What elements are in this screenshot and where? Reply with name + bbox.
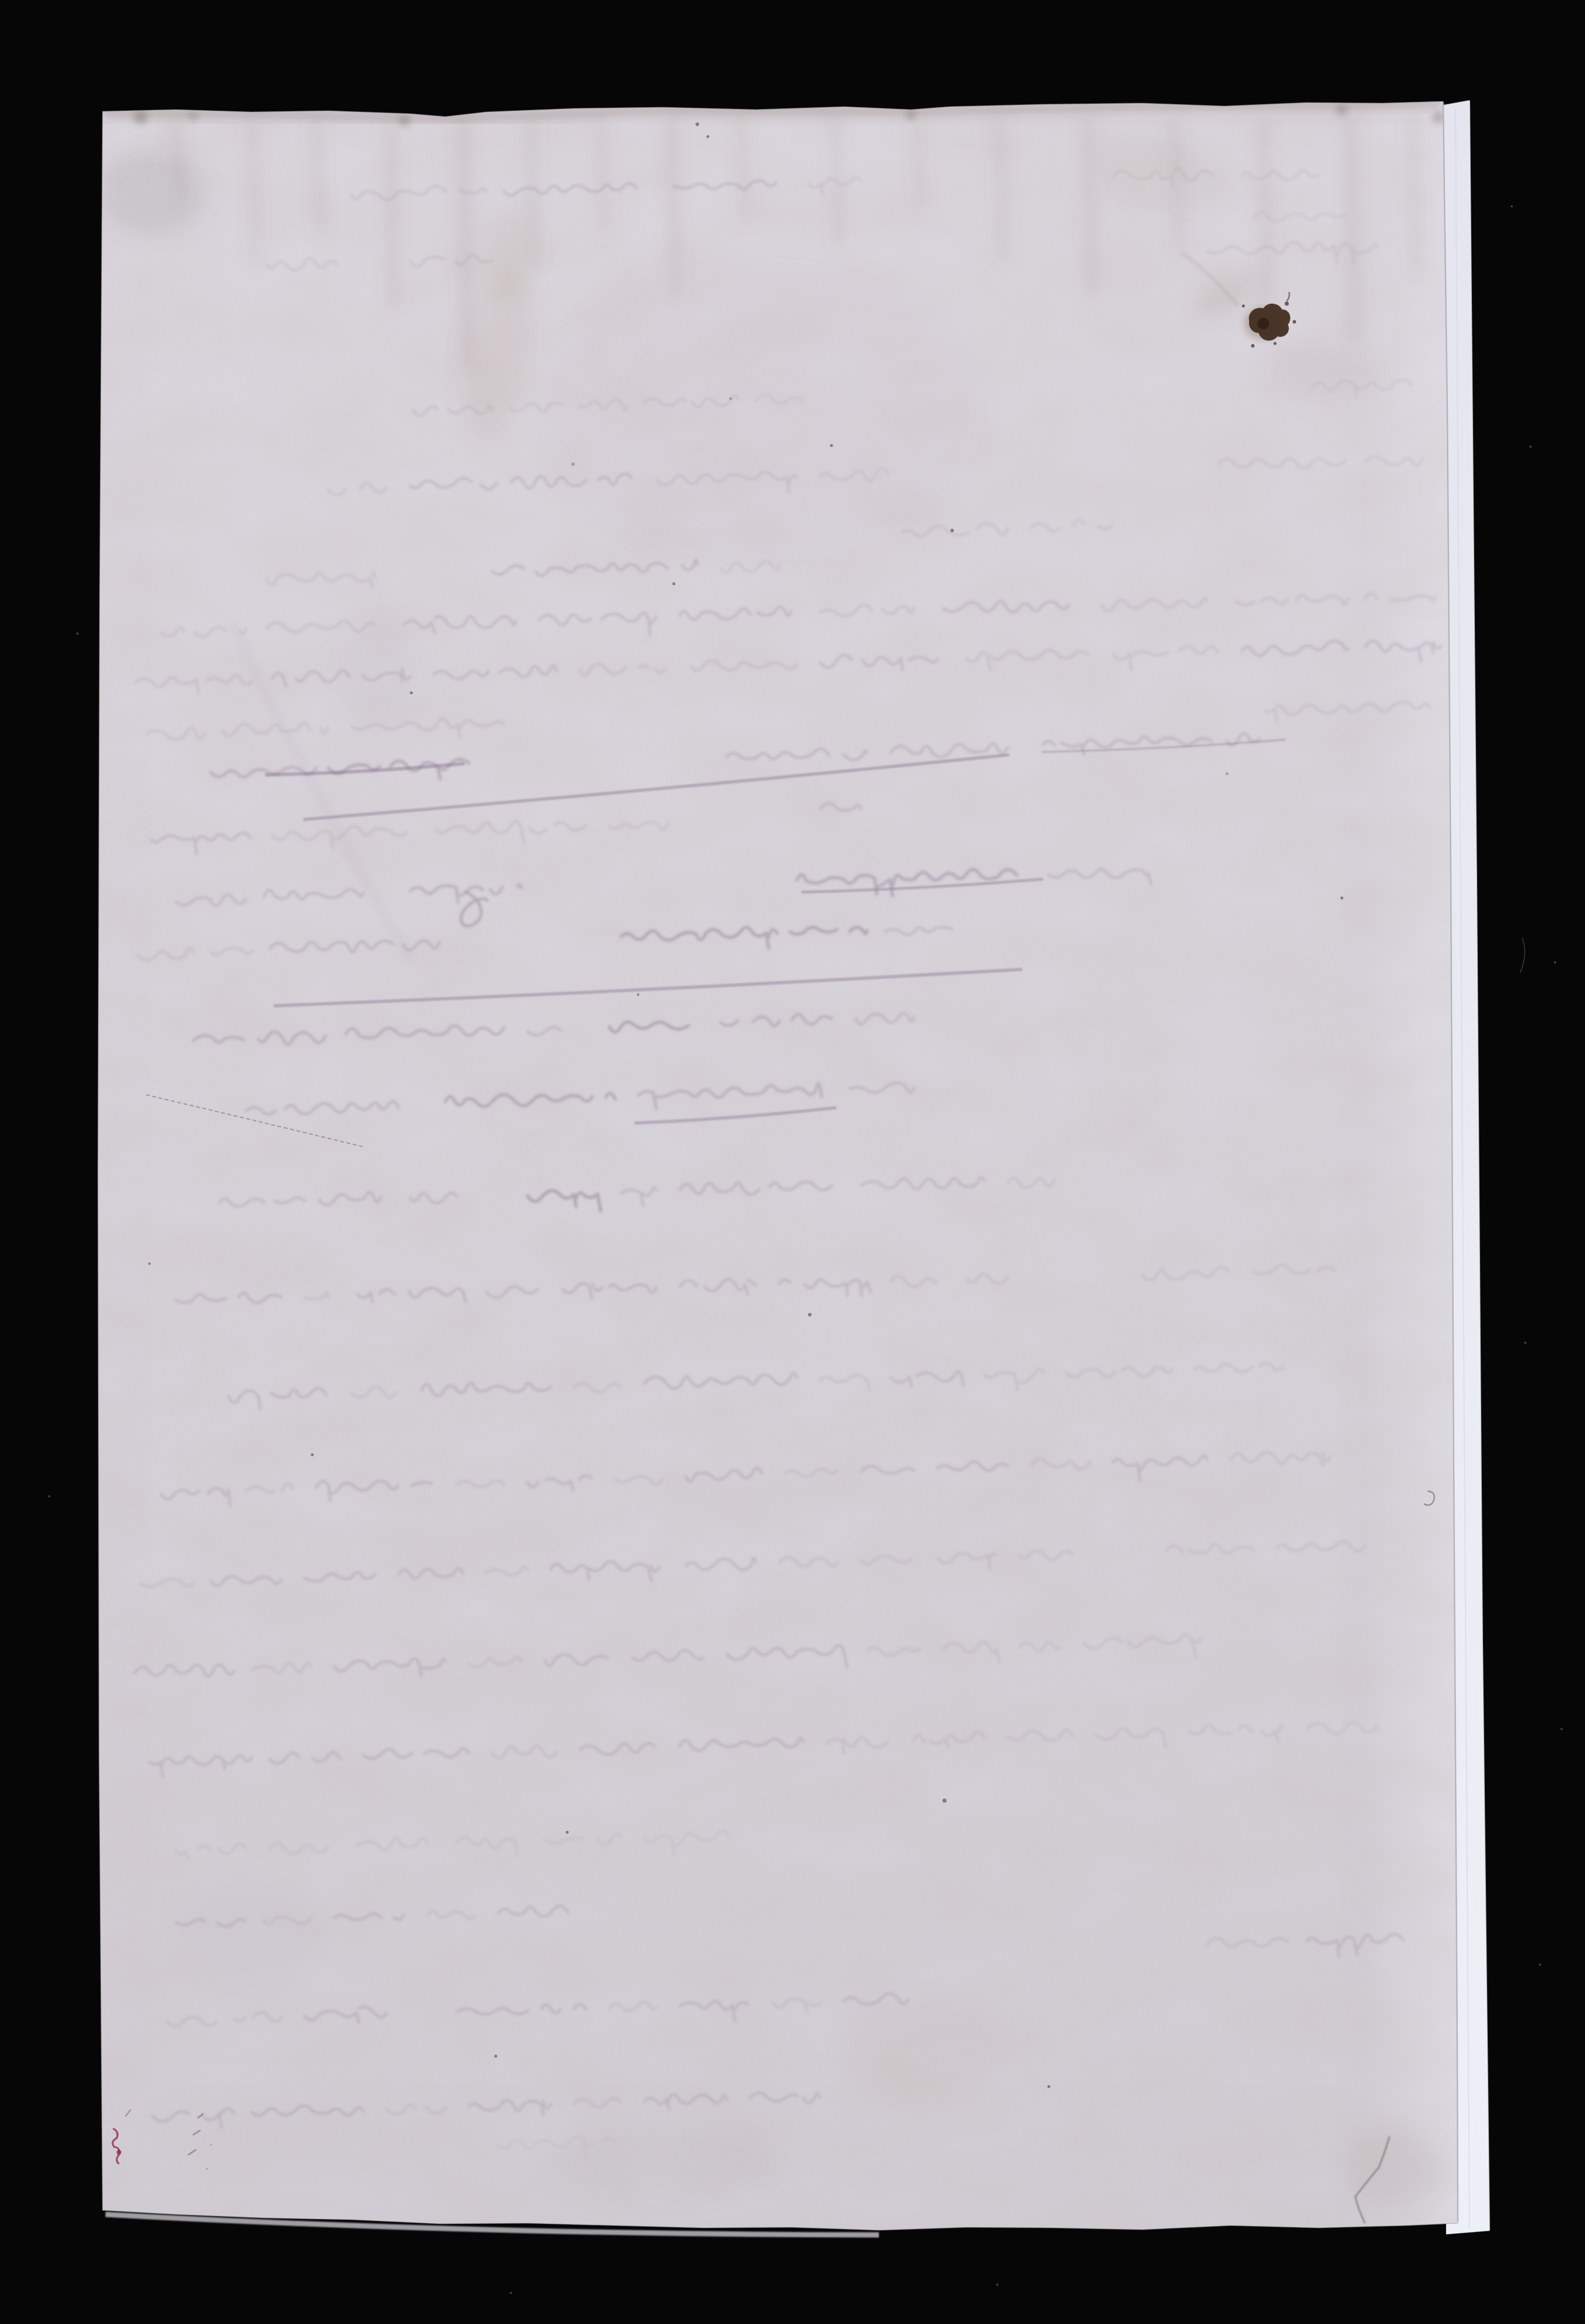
page-surface [94, 97, 1465, 2242]
photo-stage [0, 0, 1585, 2324]
manuscript-photograph [0, 0, 1585, 2324]
